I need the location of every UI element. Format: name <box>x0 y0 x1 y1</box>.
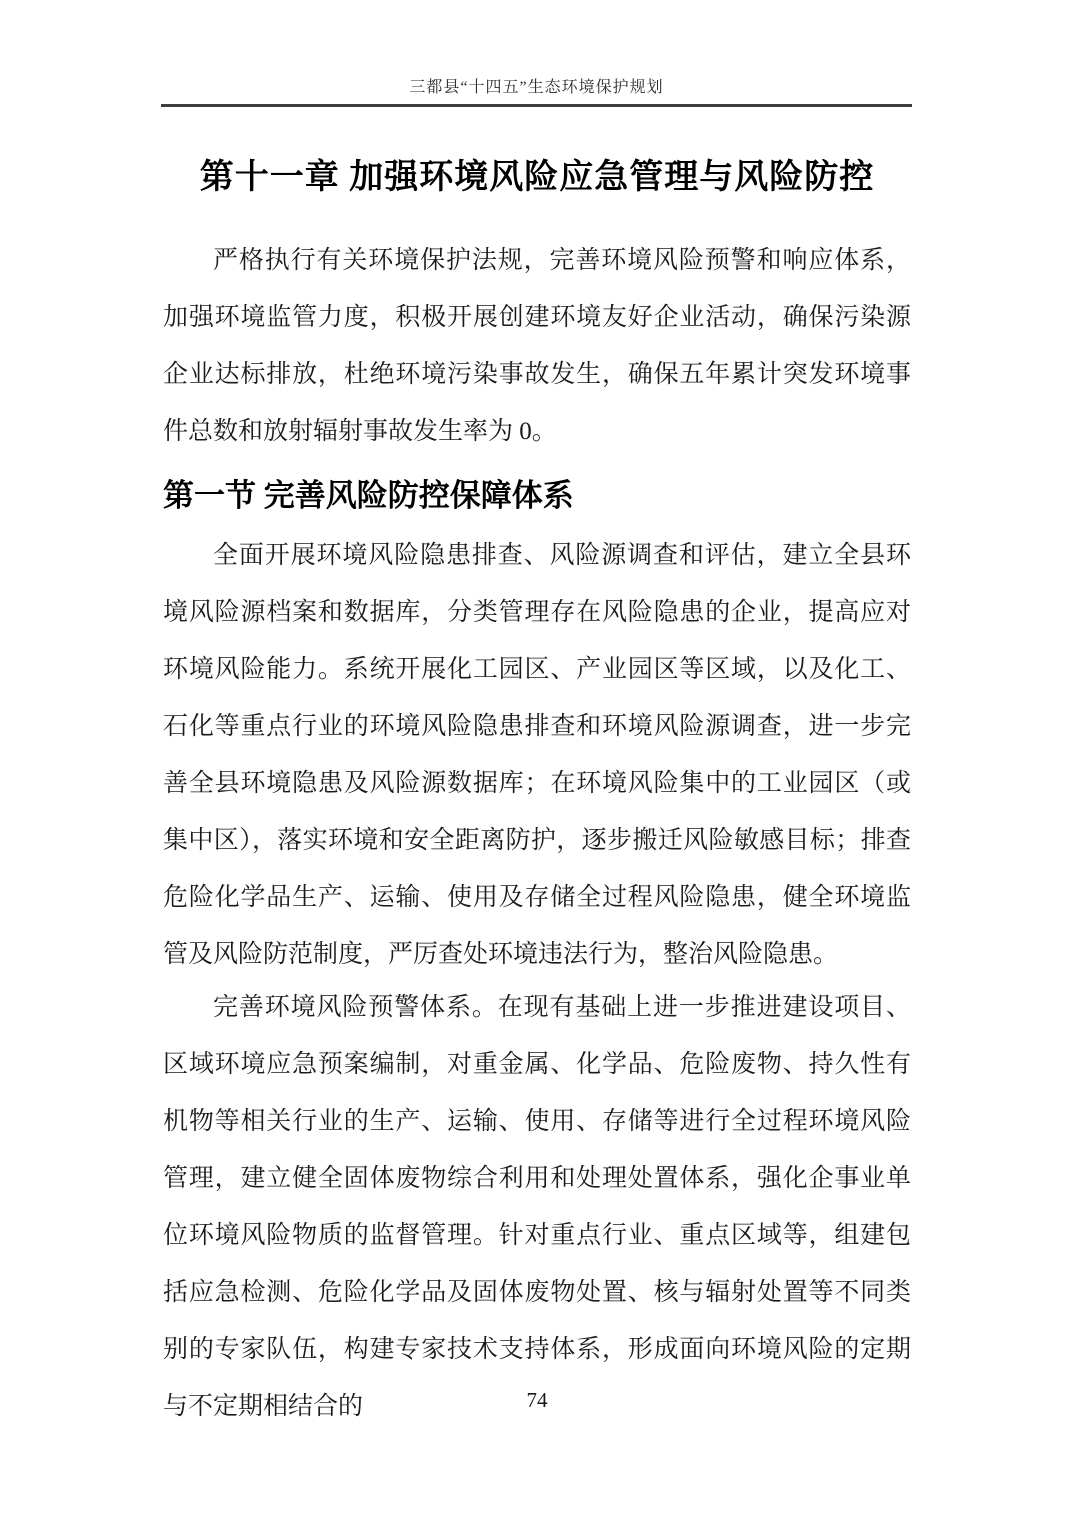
intro-paragraph: 严格执行有关环境保护法规，完善环境风险预警和响应体系，加强环境监管力度，积极开展… <box>163 232 911 460</box>
section-paragraph-1: 全面开展环境风险隐患排查、风险源调查和评估，建立全县环境风险源档案和数据库，分类… <box>163 527 911 983</box>
page-number: 74 <box>0 1388 1074 1413</box>
section-heading: 第一节 完善风险防控保障体系 <box>163 470 911 515</box>
section-paragraph-2: 完善环境风险预警体系。在现有基础上进一步推进建设项目、区域环境应急预案编制，对重… <box>163 979 911 1435</box>
running-title: 三都县“十四五”生态环境保护规划 <box>409 79 663 96</box>
document-page: 三都县“十四五”生态环境保护规划 第十一章 加强环境风险应急管理与风险防控 严格… <box>0 0 1074 1520</box>
chapter-title: 第十一章 加强环境风险应急管理与风险防控 <box>120 149 954 198</box>
page-header: 三都县“十四五”生态环境保护规划 <box>161 74 912 107</box>
